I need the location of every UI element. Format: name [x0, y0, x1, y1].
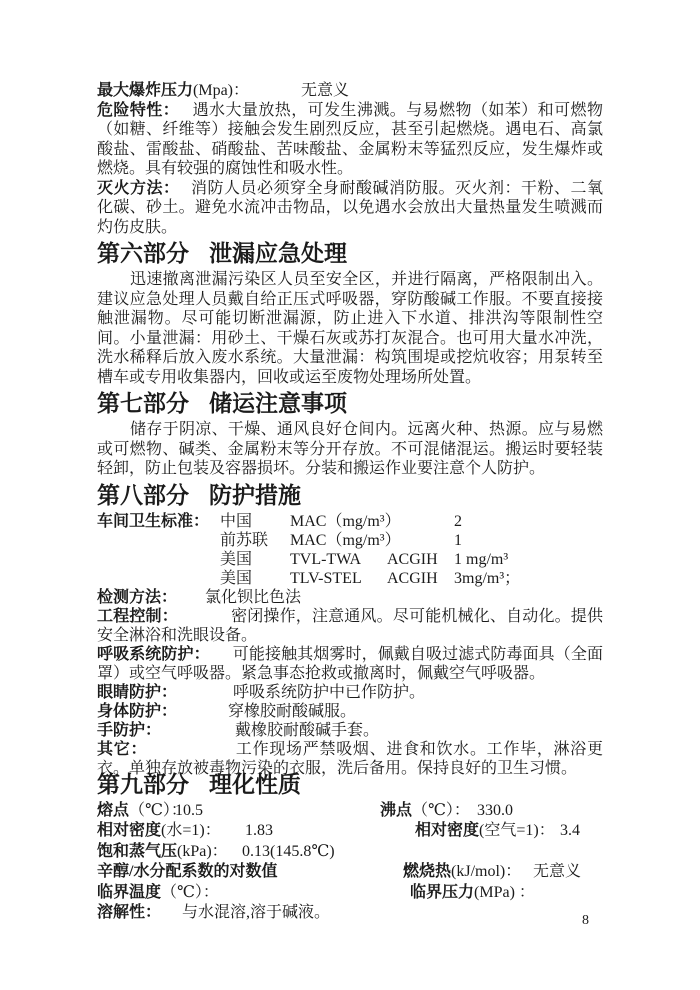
spacer: [147, 753, 235, 754]
cell-country: 中国: [220, 512, 252, 532]
field-text: 戴橡胶耐酸碱手套。: [235, 722, 379, 739]
protection-items: 检测方法：氯化钡比色法 工程控制：密闭操作，注意通风。尽可能机械化、自动化。提供…: [97, 588, 603, 778]
property-row: 相对密度(水=1)： 1.83 相对密度(空气=1)： 3.4: [97, 821, 603, 842]
cell-country: 前苏联: [220, 531, 268, 551]
section-title: 防护措施: [209, 483, 301, 508]
field-label: 灭火方法：: [97, 180, 180, 197]
cell-standard: MAC（mg/m³）: [290, 512, 401, 532]
critical-pressure-label: 临界压力(MPa) ：: [410, 883, 535, 903]
property-row: 熔点（℃）： 10.5 沸点（℃）： 330.0: [97, 801, 603, 822]
field-label: 呼吸系统防护：: [97, 646, 210, 663]
spacer: [179, 114, 192, 115]
spacer: [249, 94, 301, 95]
solubility-label: 溶解性：: [97, 903, 161, 923]
table-row: 美国 TLV-STEL ACGIH 3mg/m³；: [97, 569, 603, 588]
cell-country: 美国: [220, 550, 252, 570]
spacer: [180, 192, 191, 193]
cell-standard: TLV-STEL: [290, 569, 362, 589]
combustion-heat-label: 燃烧热(kJ/mol)：: [403, 862, 521, 882]
melting-point-label: 熔点（℃）：: [97, 801, 187, 821]
property-row: 辛醇/水分配系数的对数值 燃烧热(kJ/mol)： 无意义: [97, 862, 603, 883]
boiling-point-value: 330.0: [477, 801, 513, 821]
relative-density-air-value: 3.4: [560, 821, 580, 841]
critical-temperature-label: 临界温度（℃）：: [97, 883, 219, 903]
spacer: [177, 601, 205, 602]
section6-heading: 第六部分泄漏应急处理: [97, 237, 603, 270]
vapor-pressure-value: 0.13(145.8℃): [242, 842, 335, 862]
property-row: 临界温度（℃）： 临界压力(MPa) ：: [97, 883, 603, 904]
cell-agency: ACGIH: [387, 569, 438, 589]
cell-value: 2: [454, 512, 462, 532]
spacer: [177, 696, 233, 697]
hand-protection-row: 手防护：戴橡胶耐酸碱手套。: [97, 721, 603, 740]
boiling-point-label: 沸点（℃）：: [380, 801, 470, 821]
relative-density-water-value: 1.83: [245, 821, 273, 841]
field-label: 眼睛防护：: [97, 684, 177, 701]
vapor-pressure-label: 饱和蒸气压(kPa)：: [97, 842, 228, 862]
spacer: [161, 734, 235, 735]
section-number: 第八部分: [97, 483, 189, 508]
section7-body: 储存于阴凉、干燥、通风良好仓间内。远离火种、热源。应与易燃或可燃物、碱类、金属粉…: [97, 420, 603, 479]
solubility-value: 与水混溶,溶于碱液。: [182, 903, 330, 923]
cell-country: 美国: [220, 569, 252, 589]
section-number: 第九部分: [97, 772, 189, 797]
cell-value: 3mg/m³；: [454, 569, 520, 589]
field-value: 无意义: [301, 82, 349, 99]
cell-value: 1 mg/m³: [454, 550, 508, 570]
table-row: 前苏联 MAC（mg/m³） 1: [97, 531, 603, 550]
detection-method-row: 检测方法：氯化钡比色法: [97, 588, 603, 607]
workplace-hygiene-table: 车间卫生标准： 中国 MAC（mg/m³） 2 前苏联 MAC（mg/m³） 1…: [97, 512, 603, 588]
physical-properties: 熔点（℃）： 10.5 沸点（℃）： 330.0 相对密度(水=1)： 1.83…: [97, 801, 603, 924]
property-row: 溶解性： 与水混溶,溶于碱液。: [97, 903, 603, 924]
eye-protection-row: 眼睛防护：呼吸系统防护中已作防护。: [97, 683, 603, 702]
combustion-heat-value: 无意义: [533, 862, 581, 882]
spacer: [177, 715, 228, 716]
max-explosion-pressure-row: 最大爆炸压力(Mpa)：无意义: [97, 81, 603, 101]
cell-value: 1: [454, 531, 462, 551]
section-number: 第七部分: [97, 391, 189, 416]
section-title: 理化性质: [209, 772, 301, 797]
field-label: 工程控制：: [97, 608, 178, 625]
cell-standard: TVL-TWA: [290, 550, 361, 570]
cell-standard: MAC（mg/m³）: [290, 531, 401, 551]
fire-fighting-paragraph: 灭火方法：消防人员必须穿全身耐酸碱消防服。灭火剂：干粉、二氧化碳、砂土。避免水流…: [97, 179, 603, 238]
section7-heading: 第七部分储运注意事项: [97, 387, 603, 420]
field-label: 身体防护：: [97, 703, 177, 720]
cell-agency: ACGIH: [387, 550, 438, 570]
table-row: 美国 TVL-TWA ACGIH 1 mg/m³: [97, 550, 603, 569]
field-text: 呼吸系统防护中已作防护。: [233, 684, 425, 701]
field-label: 其它：: [97, 741, 147, 758]
field-label: 最大爆炸压力: [97, 82, 193, 99]
section-title: 储运注意事项: [209, 391, 347, 416]
field-label: 危险特性：: [97, 102, 179, 119]
page-number: 8: [582, 912, 589, 930]
property-row: 饱和蒸气压(kPa)： 0.13(145.8℃): [97, 842, 603, 863]
relative-density-water-label: 相对密度(水=1)：: [97, 821, 221, 841]
section-number: 第六部分: [97, 241, 189, 266]
field-text: 穿橡胶耐酸碱服。: [228, 703, 356, 720]
section8-heading: 第八部分防护措施: [97, 479, 603, 512]
field-label-unit: (Mpa)：: [193, 82, 249, 99]
octanol-water-coefficient-label: 辛醇/水分配系数的对数值: [97, 862, 277, 882]
field-label: 手防护：: [97, 722, 161, 739]
spacer: [178, 620, 231, 621]
msds-document-page: 最大爆炸压力(Mpa)：无意义 危险特性：遇水大量放热，可发生沸溅。与易燃物（如…: [0, 0, 700, 990]
field-label: 车间卫生标准：: [97, 512, 209, 532]
body-protection-row: 身体防护：穿橡胶耐酸碱服。: [97, 702, 603, 721]
section6-body: 迅速撤离泄漏污染区人员至安全区，并进行隔离，严格限制出入。建议应急处理人员戴自给…: [97, 270, 603, 387]
field-label: 检测方法：: [97, 589, 177, 606]
spacer: [210, 658, 233, 659]
table-row: 车间卫生标准： 中国 MAC（mg/m³） 2: [97, 512, 603, 531]
engineering-control-paragraph: 工程控制：密闭操作，注意通风。尽可能机械化、自动化。提供安全淋浴和洗眼设备。: [97, 607, 603, 645]
respiratory-protection-paragraph: 呼吸系统防护：可能接触其烟雾时，佩戴自吸过滤式防毒面具（全面罩）或空气呼吸器。紧…: [97, 645, 603, 683]
field-text: 氯化钡比色法: [205, 589, 301, 606]
section-title: 泄漏应急处理: [209, 241, 347, 266]
page-content: 最大爆炸压力(Mpa)：无意义 危险特性：遇水大量放热，可发生沸溅。与易燃物（如…: [97, 81, 603, 924]
relative-density-air-label: 相对密度(空气=1)：: [415, 821, 555, 841]
hazard-characteristics-paragraph: 危险特性：遇水大量放热，可发生沸溅。与易燃物（如苯）和可燃物（如糖、纤维等）接触…: [97, 101, 603, 179]
melting-point-value: 10.5: [175, 801, 203, 821]
